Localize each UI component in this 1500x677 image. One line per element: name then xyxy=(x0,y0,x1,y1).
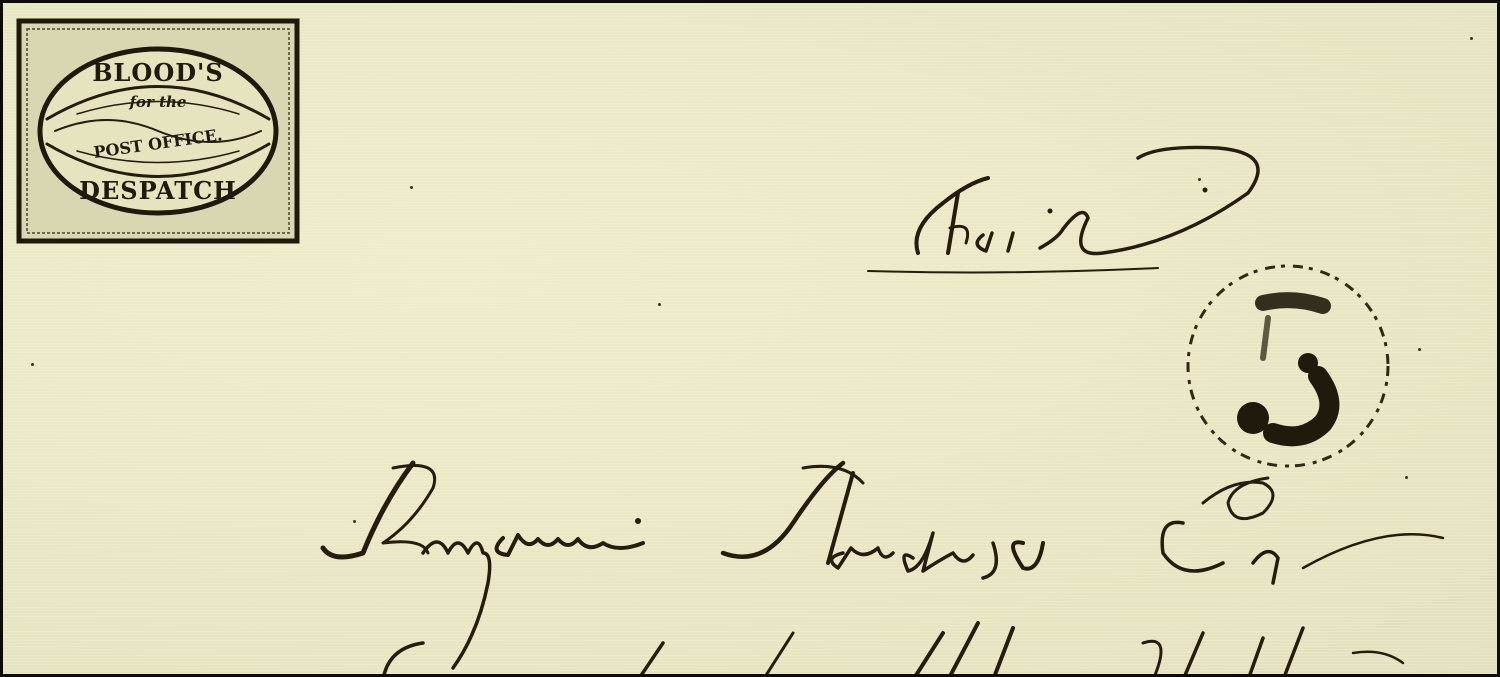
stamp-illustration: BLOOD'S for the POST OFFICE. DESPATCH xyxy=(17,19,299,243)
stamp-title: BLOOD'S xyxy=(92,58,223,87)
ink-speck xyxy=(31,363,34,366)
stamp-despatch: DESPATCH xyxy=(79,176,237,205)
ink-speck xyxy=(658,303,661,306)
address-script xyxy=(303,443,1500,677)
ink-speck xyxy=(353,520,356,523)
address-block: Benjamin Flanders Esq Care Robert Hall .… xyxy=(303,443,1500,677)
envelope-cover: BLOOD'S for the POST OFFICE. DESPATCH Pa… xyxy=(0,0,1500,677)
ink-speck xyxy=(1198,178,1201,181)
bloods-despatch-stamp: BLOOD'S for the POST OFFICE. DESPATCH xyxy=(17,19,299,243)
ink-speck xyxy=(1405,476,1408,479)
stamp-subtitle: for the xyxy=(129,93,187,111)
ink-speck xyxy=(1418,348,1421,351)
ink-speck xyxy=(1470,37,1473,40)
ink-speck xyxy=(410,186,413,189)
